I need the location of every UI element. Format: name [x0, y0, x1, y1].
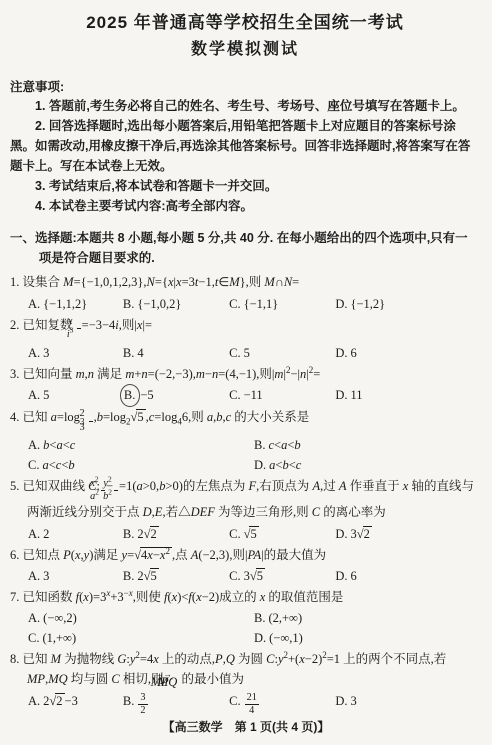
fraction: 214: [245, 692, 259, 718]
option-label: A.: [28, 527, 40, 541]
question-number: 2.: [10, 318, 23, 332]
question-stem: 1. 设集合 M={−1,0,1,2,3},N={x|x=3t−1,t∈M},则…: [10, 273, 480, 292]
radical: √4x−x2: [134, 547, 172, 562]
option: A.{−1,1,2}: [28, 294, 123, 314]
option: B.c<a<b: [254, 435, 480, 455]
option-label: D.: [335, 694, 347, 708]
questions-list: 1. 设集合 M={−1,0,1,2,3},N={x|x=3t−1,t∈M},则…: [10, 273, 480, 717]
option-value: 32: [137, 694, 148, 708]
option-value: (−∞,2): [43, 611, 77, 625]
options-row: A.3B.4C.5D.6: [28, 343, 480, 363]
option: D.3√2: [335, 524, 480, 544]
question-item: 5. 已知双曲线 C:x2a2−y2b2=1(a>0,b>0)的左焦点为 F,右…: [10, 477, 480, 543]
option-label: A.: [28, 388, 40, 402]
option: B.2√2: [123, 524, 229, 544]
option-label: A.: [28, 346, 40, 360]
notice-item: 4. 本试卷主要考试内容:高考全部内容。: [10, 196, 480, 216]
page-footer: 【高三数学 第 1 页(共 4 页)】: [0, 718, 492, 736]
option-label: C.: [229, 527, 240, 541]
option: D.3: [335, 691, 480, 718]
radical: √2: [49, 693, 64, 708]
options-row: A.b<a<cB.c<a<bC.a<c<bD.a<b<c: [28, 435, 480, 475]
option-value: 2√5: [137, 568, 158, 583]
question-number: 3.: [10, 367, 23, 381]
option-value: (2,+∞): [268, 611, 302, 625]
options-row: A.2B.2√2C.√5D.3√2: [28, 524, 480, 544]
option-value: 3: [43, 569, 49, 583]
option: D.11: [335, 385, 480, 406]
question-item: 1. 设集合 M={−1,0,1,2,3},N={x|x=3t−1,t∈M},则…: [10, 273, 480, 313]
option-label: B.: [123, 297, 134, 311]
option: D.6: [335, 343, 480, 363]
option: B.{−1,0,2}: [123, 294, 229, 314]
option-label-circled: B.: [120, 384, 140, 407]
option-value: c<a<b: [268, 438, 300, 452]
option-value: (1,+∞): [42, 631, 76, 645]
question-stem: 3. 已知向量 m,n 满足 m+n=(−2,−3),m−n=(4,−1),则|…: [10, 365, 480, 384]
option: C.(1,+∞): [28, 628, 254, 648]
fraction: y2b2: [114, 478, 118, 504]
option: C.{−1,1}: [229, 294, 335, 314]
option-value: {−1,2}: [351, 297, 386, 311]
options-row: A.3B.2√5C.3√5D.6: [28, 566, 480, 586]
option-value: 214: [244, 694, 260, 708]
option-label: D.: [335, 297, 347, 311]
question-stem: 7. 已知函数 f(x)=3x+3−x,则使 f(x)<f(x−2)成立的 x …: [10, 588, 480, 607]
option-label: A.: [28, 611, 40, 625]
question-stem: 4. 已知 a=log3 23,b=log2√5,c=log46,则 a,b,c…: [10, 408, 480, 434]
option-label: C.: [229, 297, 240, 311]
option-value: 2√2−3: [43, 693, 78, 708]
option-value: 3: [43, 346, 49, 360]
question-item: 6. 已知点 P(x,y)满足 y=√4x−x2,点 A(−2,3),则|PA|…: [10, 546, 480, 586]
option-value: 3: [351, 694, 357, 708]
option: A.b<a<c: [28, 435, 254, 455]
option: A.3: [28, 343, 123, 363]
option-label: A.: [28, 694, 40, 708]
options-row: A.5B.−5C.−11D.11: [28, 385, 480, 406]
option-value: 5: [43, 388, 49, 402]
exam-page: 2025 年普通高等学校招生全国统一考试 数学模拟测试 注意事项: 1. 答题前…: [0, 0, 492, 718]
question-number: 5.: [10, 479, 23, 493]
option-label: C.: [28, 458, 39, 472]
option-label: D.: [335, 346, 347, 360]
option-value: √5: [244, 526, 259, 541]
question-stem: 2. 已知复数 xi3=−3−4i,则|x|=: [10, 316, 480, 342]
question-number: 8.: [10, 652, 23, 666]
option-label: B.: [254, 611, 265, 625]
option-label: D.: [254, 631, 266, 645]
question-number: 1.: [10, 275, 23, 289]
option-label: C.: [28, 631, 39, 645]
radical: √2: [144, 526, 159, 541]
option-value: a<b<c: [269, 458, 301, 472]
option-value: 2√2: [137, 526, 158, 541]
question-item: 2. 已知复数 xi3=−3−4i,则|x|=A.3B.4C.5D.6: [10, 316, 480, 363]
option-value: 3√2: [351, 526, 372, 541]
notice-heading: 注意事项:: [10, 78, 480, 97]
notice-item: 2. 回答选择题时,选出每小题答案后,用铅笔把答题卡上对应题目的答案标号涂黑。如…: [10, 116, 480, 176]
option-value: 6: [351, 346, 357, 360]
option-label: C.: [229, 569, 240, 583]
page-subtitle: 数学模拟测试: [10, 40, 480, 61]
option: B.(2,+∞): [254, 608, 480, 628]
option-value: {−1,1,2}: [43, 297, 87, 311]
radical: √5: [144, 568, 159, 583]
question-stem: 8. 已知 M 为抛物线 G:y2=4x 上的动点,P,Q 为圆 C:y2+(x…: [10, 650, 480, 689]
option: B.−5: [123, 385, 229, 406]
option-value: −11: [244, 388, 263, 402]
option-label: D.: [335, 388, 347, 402]
option: C.√5: [229, 524, 335, 544]
option-value: {−1,0,2}: [137, 297, 181, 311]
option-value: 3√5: [244, 568, 265, 583]
question-stem: 6. 已知点 P(x,y)满足 y=√4x−x2,点 A(−2,3),则|PA|…: [10, 546, 480, 565]
option-value: 6: [351, 569, 357, 583]
vector: →MQ: [175, 672, 177, 690]
radical: √5: [244, 526, 259, 541]
option-label: B.: [123, 346, 134, 360]
option-label: C.: [229, 388, 240, 402]
option: B.32: [123, 691, 229, 718]
question-item: 7. 已知函数 f(x)=3x+3−x,则使 f(x)<f(x−2)成立的 x …: [10, 588, 480, 648]
option: C.214: [229, 691, 335, 718]
option-label: D.: [254, 458, 266, 472]
notice-item: 3. 考试结束后,将本试卷和答题卡一并交回。: [10, 176, 480, 196]
option-label: D.: [335, 569, 347, 583]
option: C.5: [229, 343, 335, 363]
option: A.2: [28, 524, 123, 544]
question-item: 3. 已知向量 m,n 满足 m+n=(−2,−3),m−n=(4,−1),则|…: [10, 365, 480, 406]
option-label: C.: [229, 694, 240, 708]
option: B.2√5: [123, 566, 229, 586]
option-label: B.: [123, 569, 134, 583]
fraction: xi3: [77, 316, 81, 342]
option: D.(−∞,1): [254, 628, 480, 648]
option: D.a<b<c: [254, 455, 480, 475]
radical: √5: [250, 568, 265, 583]
question-stem: 5. 已知双曲线 C:x2a2−y2b2=1(a>0,b>0)的左焦点为 F,右…: [10, 477, 480, 522]
options-row: A.{−1,1,2}B.{−1,0,2}C.{−1,1}D.{−1,2}: [28, 294, 480, 314]
page-title: 2025 年普通高等学校招生全国统一考试: [10, 12, 480, 35]
option-value: 5: [244, 346, 250, 360]
option-label: D.: [335, 527, 347, 541]
option-label: A.: [28, 569, 40, 583]
option-value: b<a<c: [43, 438, 75, 452]
question-number: 4.: [10, 410, 23, 424]
option-label: A.: [28, 438, 40, 452]
option-label: A.: [28, 297, 40, 311]
question-item: 8. 已知 M 为抛物线 G:y2=4x 上的动点,P,Q 为圆 C:y2+(x…: [10, 650, 480, 717]
notice-item: 1. 答题前,考生务必将自己的姓名、考生号、考场号、座位号填写在答题卡上。: [10, 96, 480, 116]
option: C.3√5: [229, 566, 335, 586]
notice-section: 注意事项: 1. 答题前,考生务必将自己的姓名、考生号、考场号、座位号填写在答题…: [10, 78, 480, 217]
fraction: 32: [138, 692, 147, 718]
option: C.a<c<b: [28, 455, 254, 475]
option: D.{−1,2}: [335, 294, 480, 314]
option: A.2√2−3: [28, 691, 123, 718]
question-item: 4. 已知 a=log3 23,b=log2√5,c=log46,则 a,b,c…: [10, 408, 480, 475]
option: A.5: [28, 385, 123, 406]
option: A.3: [28, 566, 123, 586]
option-value: 2: [43, 527, 49, 541]
options-row: A.2√2−3B.32C.214D.3: [28, 691, 480, 718]
option-label: C.: [229, 346, 240, 360]
option-value: {−1,1}: [244, 297, 279, 311]
options-row: A.(−∞,2)B.(2,+∞)C.(1,+∞)D.(−∞,1): [28, 608, 480, 648]
option: B.4: [123, 343, 229, 363]
option: A.(−∞,2): [28, 608, 254, 628]
option: D.6: [335, 566, 480, 586]
question-number: 6.: [10, 548, 23, 562]
option-value: 4: [137, 346, 143, 360]
option-label: B.: [254, 438, 265, 452]
option-value: (−∞,1): [269, 631, 303, 645]
option-value: 11: [351, 388, 363, 402]
section-heading: 一、选择题:本题共 8 小题,每小题 5 分,共 40 分. 在每小题给出的四个…: [10, 229, 480, 268]
question-number: 7.: [10, 590, 23, 604]
option-label: B.: [123, 527, 134, 541]
radical: √5: [130, 409, 145, 424]
option-value: a<c<b: [42, 458, 74, 472]
fraction: 23: [89, 408, 93, 434]
radical: √2: [357, 526, 372, 541]
option: C.−11: [229, 385, 335, 406]
option-label: B.: [123, 694, 134, 708]
option-value: −5: [140, 388, 153, 402]
